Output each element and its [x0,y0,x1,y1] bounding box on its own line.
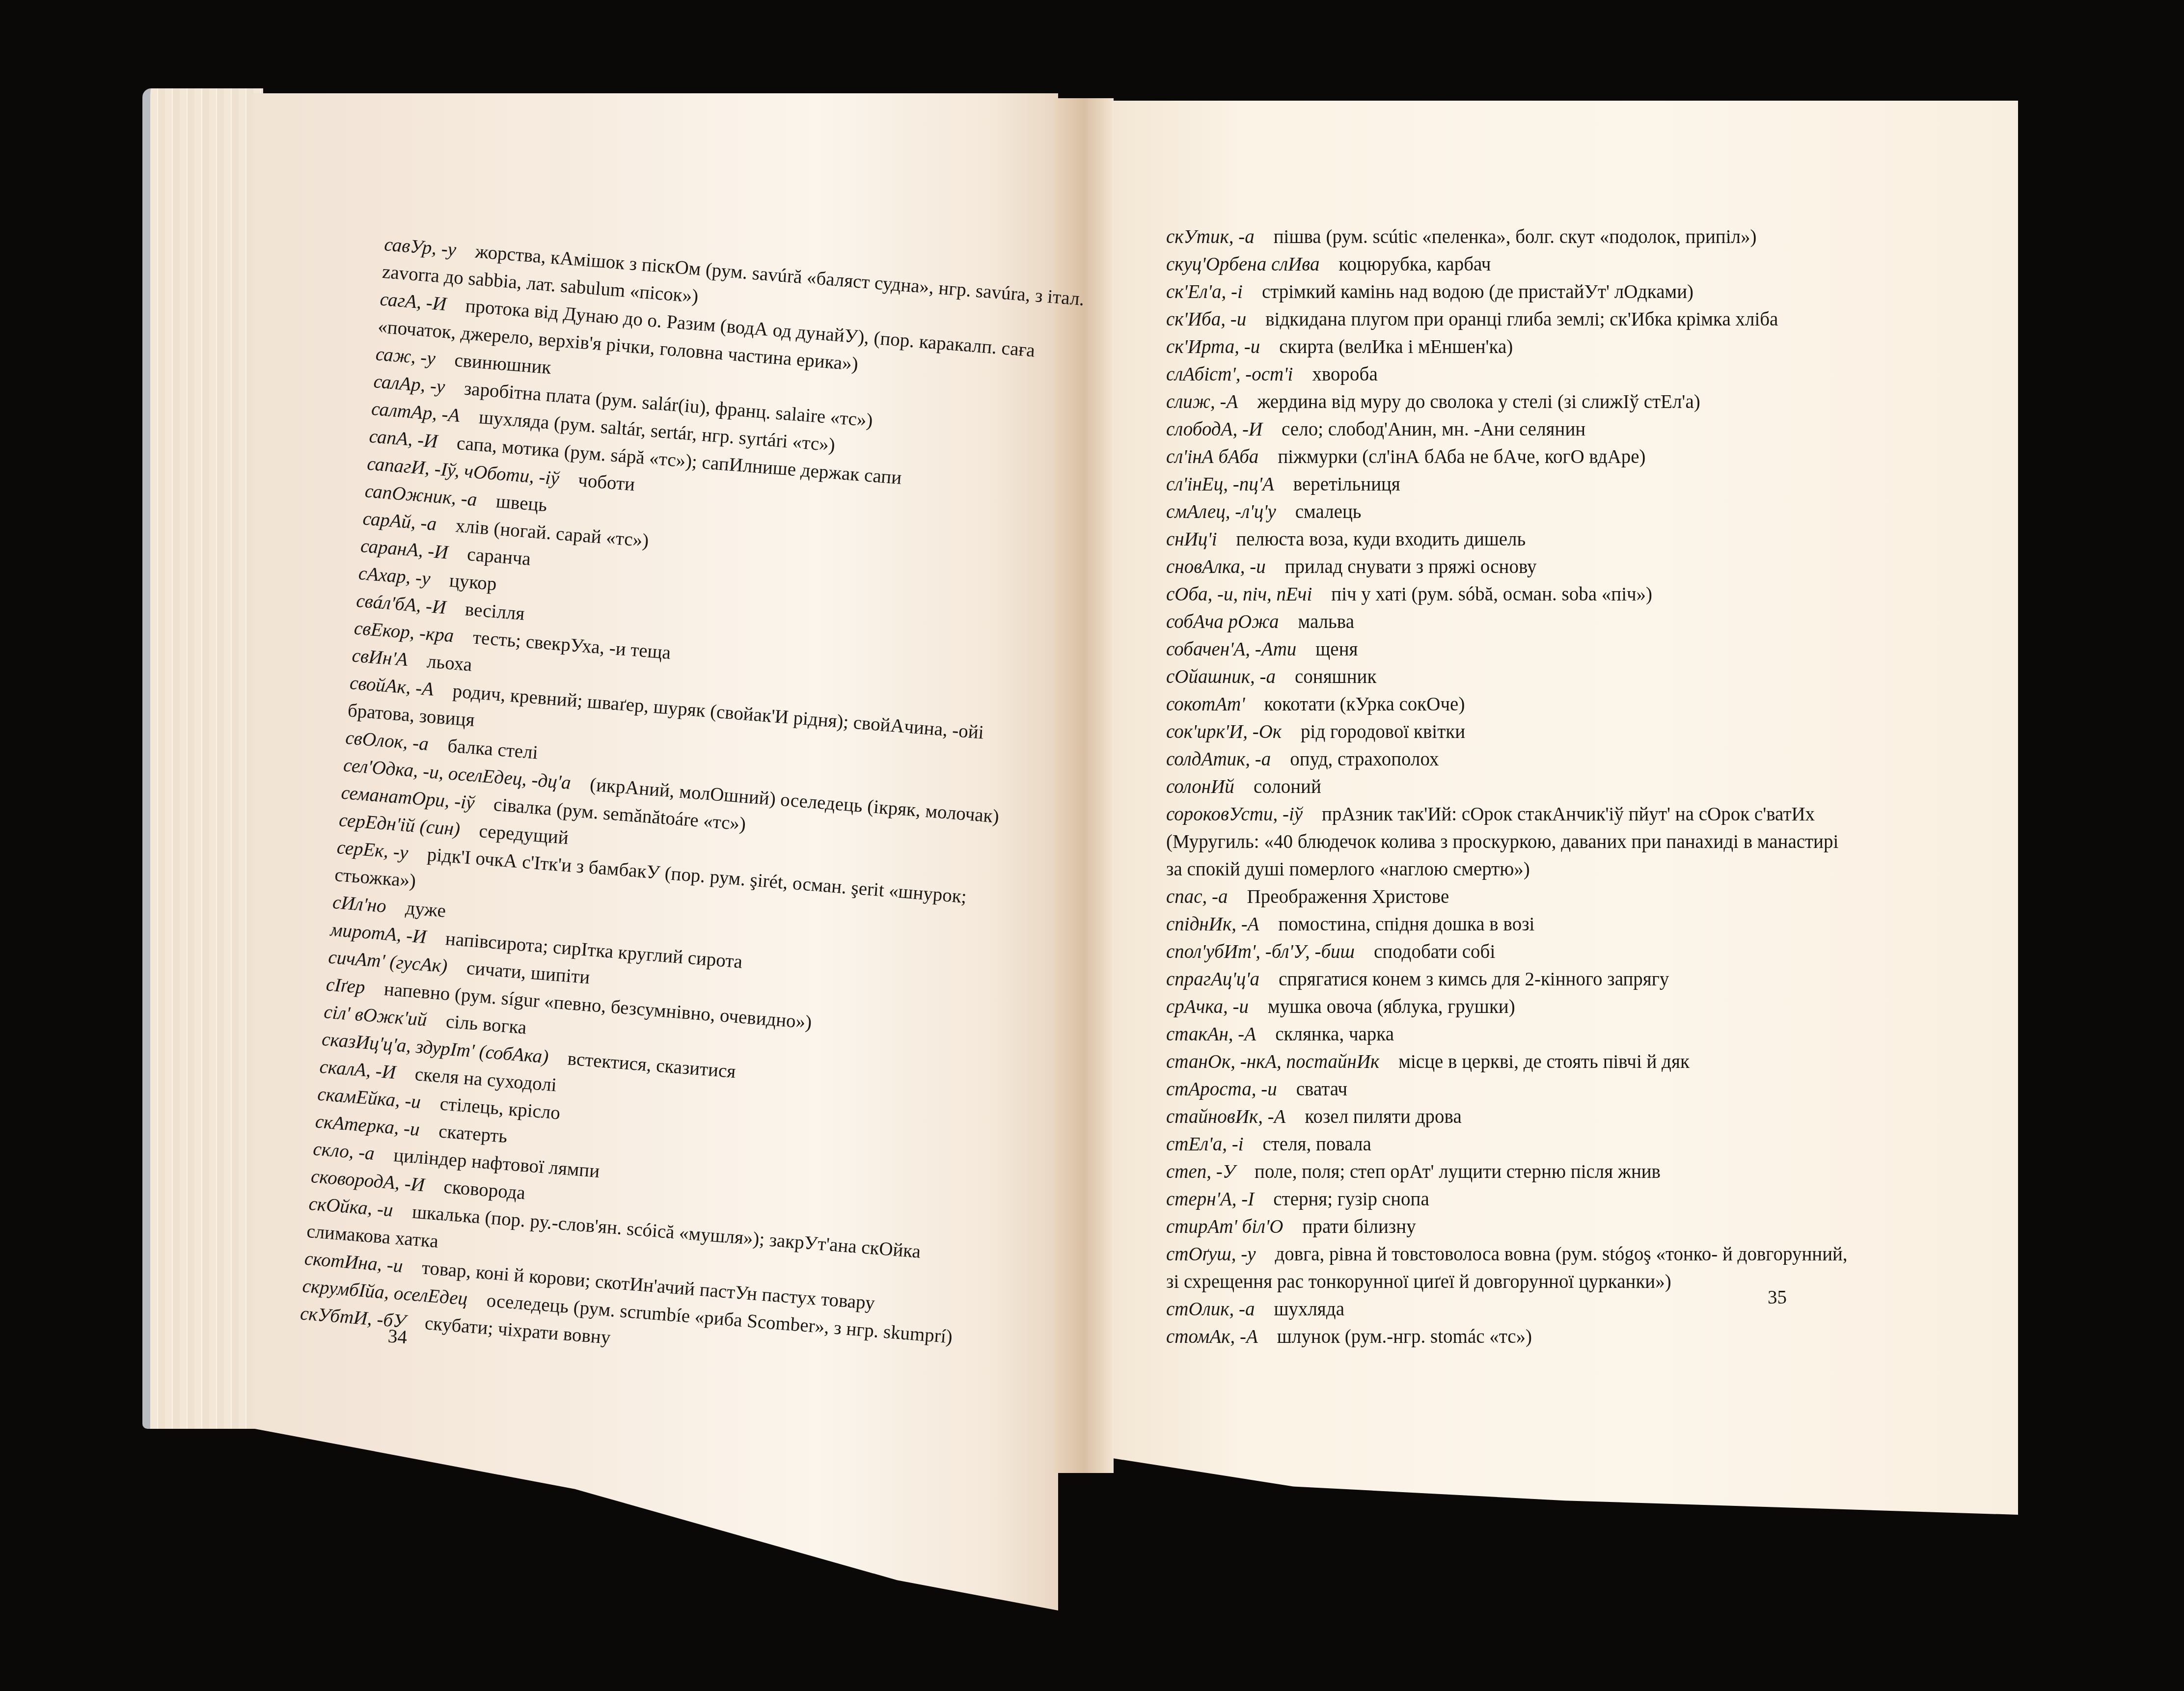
dictionary-entry: сл'інА бАба піжмурки (сл'інА бАба не бАч… [1166,443,1849,471]
entry-definition: соняшник [1295,666,1376,687]
dictionary-entry: сОба, -и, піч, пЕчі піч у хаті (рум. sób… [1166,581,1849,608]
entry-definition: село; слобод'Анин, мн. -Ани селянин [1282,419,1585,440]
page-stack-edge [142,88,263,1429]
entry-headword: солдАтик, -а [1166,749,1271,770]
entry-headword: ск'Иба, -и [1166,309,1246,330]
dictionary-entry: ск'Ирта, -и скирта (велИка і мЕншен'ка) [1166,333,1849,361]
entry-headword: салтАр, -А [371,398,461,426]
entry-definition: скирта (велИка і мЕншен'ка) [1279,336,1513,357]
entry-definition: шлунок (рум.-нгр. stomác «тс») [1277,1326,1532,1347]
entry-definition: стрімкий камінь над водою (де пристайУт'… [1262,281,1693,302]
entry-headword: скАтерка, -и [315,1111,421,1140]
entry-headword: сновАлка, -и [1166,556,1266,577]
entry-headword: собАча рОжа [1166,611,1279,632]
entry-definition: сподобати собі [1374,941,1495,962]
entry-definition: смалець [1295,501,1362,522]
entry-headword: срАчка, -и [1166,996,1249,1017]
entry-headword: собачен'А, -Ати [1166,639,1296,660]
entry-headword: савУр, -у [383,234,457,260]
entry-headword: снИц'і [1166,529,1217,550]
page-number-left: 34 [387,1325,408,1349]
dictionary-entry: спол'убИт', -бл'У, -биш сподобати собі [1166,938,1849,966]
dictionary-entry: слиж, -А жердина від муру до сволока у с… [1166,388,1849,416]
entry-headword: сороковУсти, -іў [1166,804,1303,825]
entry-definition: кокотати (кУрка сокОче) [1264,694,1465,715]
dictionary-entry: стОґуш, -у довга, рівна й товстоволоса в… [1166,1241,1849,1296]
entry-definition: помостина, спідня дошка в возі [1278,914,1534,935]
dictionary-entry: спас, -а Преображення Христове [1166,883,1849,911]
dictionary-entry: спіднИк, -А помостина, спідня дошка в во… [1166,911,1849,938]
entry-definition: пелюста воза, куди входить дишель [1236,529,1526,550]
entry-definition: сарaнча [466,544,532,570]
dictionary-entry: стирАт' біл'О прати білизну [1166,1213,1849,1241]
entry-headword: миротА, -И [329,919,427,948]
dictionary-entry: спрагАц'ц'а спрягатися конем з кимсь для… [1166,966,1849,993]
entry-headword: салАр, -у [373,371,446,397]
entry-definition: пішва (рум. scútic «пеленка», болг. скут… [1274,226,1757,247]
entry-headword: сок'ирк'И, -Ок [1166,721,1282,742]
entry-headword: стомАк, -А [1166,1326,1258,1347]
entry-headword: сАхар, -у [357,563,431,589]
entry-headword: слободА, -И [1166,419,1262,440]
entry-definition: піжмурки (сл'інА бАба не бАче, когО вдАр… [1278,446,1645,467]
entry-headword: свойАк, -А [349,672,435,700]
entry-definition: поле, поля; степ орАт' лущити стерню піс… [1255,1161,1661,1182]
entry-definition: хвороба [1312,364,1377,385]
dictionary-entry: смАлец, -л'ц'у смалець [1166,498,1849,526]
entry-headword: сІґер [326,974,366,998]
entry-definition: балка стелі [447,735,539,763]
entry-headword: сл'інА бАба [1166,446,1258,467]
entry-headword: стирАт' біл'О [1166,1216,1283,1237]
entry-headword: стерн'А, -І [1166,1189,1254,1210]
entry-headword: сОйашник, -а [1166,666,1276,687]
entry-headword: скУтик, -а [1166,226,1255,247]
entry-definition: козел пиляти дрова [1305,1106,1461,1127]
entry-headword: спас, -а [1166,886,1228,907]
entry-definition: коцюрубка, карбач [1339,254,1491,275]
entry-definition: сковорода [443,1176,526,1203]
entry-headword: стОлик, -а [1166,1299,1255,1320]
entry-headword: стайновИк, -А [1166,1106,1285,1127]
dictionary-entry: скуц'Орбена слИва коцюрубка, карбач [1166,251,1849,278]
page-number-right: 35 [1768,1286,1787,1309]
entry-headword: свОлок, -а [345,727,429,755]
entry-headword: сОба, -и, піч, пЕчі [1166,584,1312,605]
dictionary-entry: сОйашник, -а соняшник [1166,663,1849,691]
dictionary-entry: станОк, -нкА, постайнИк місце в церкві, … [1166,1048,1849,1076]
dictionary-entry: слАбіст', -ост'і хвороба [1166,361,1849,388]
dictionary-entry: стакАн, -А склянка, чарка [1166,1021,1849,1048]
entry-definition: прати білизну [1303,1216,1416,1237]
entry-definition: спрягатися конем з кимсь для 2-кінного з… [1279,969,1669,990]
entry-definition: довга, рівна й товстоволоса вовна (рум. … [1166,1244,1848,1292]
entry-headword: скОйка, -и [308,1193,394,1221]
entry-headword: смАлец, -л'ц'у [1166,501,1276,522]
entry-headword: ск'Ирта, -и [1166,336,1260,357]
dictionary-entry: стАроста, -и сватач [1166,1076,1849,1103]
entry-definition: сватач [1296,1079,1347,1100]
entry-definition: опуд, страхополох [1290,749,1439,770]
dictionary-entry: собАча рОжа мальва [1166,608,1849,636]
entry-headword: сИл'но [332,892,387,917]
entry-headword: стОґуш, -у [1166,1244,1256,1265]
entry-definition: веретільниця [1293,474,1400,495]
dictionary-entry: ск'Ел'а, -і стрімкий камінь над водою (д… [1166,278,1849,306]
entry-definition: свинюшник [454,350,552,378]
entry-headword: стЕл'а, -і [1166,1134,1243,1155]
entry-headword: спрагАц'ц'а [1166,969,1259,990]
entry-headword: стАроста, -и [1166,1079,1277,1100]
dictionary-entry: сл'інЕц, -пц'А веретільниця [1166,471,1849,498]
entry-definition: стеля, повала [1262,1134,1371,1155]
dictionary-entry: собачен'А, -Ати щеня [1166,636,1849,663]
right-page-text: скУтик, -а пішва (рум. scútic «пеленка»,… [1166,223,1849,1351]
entry-headword: сокотАт' [1166,694,1245,715]
entry-headword: свИн'А [351,645,409,670]
dictionary-entry: стерн'А, -І стерня; гузір снопа [1166,1186,1849,1213]
entry-definition: чоботи [577,469,636,495]
entry-headword: сіл' вОжк'ий [323,1001,428,1030]
entry-headword: сагА, -И [379,289,447,315]
dictionary-entry: сок'ирк'И, -Ок рід городової квітки [1166,718,1849,746]
entry-headword: слиж, -А [1166,391,1238,412]
dictionary-entry: солонИй солоний [1166,773,1849,801]
dictionary-entry: ск'Иба, -и відкидана плугом при оранці г… [1166,306,1849,333]
entry-definition: стерня; гузір снопа [1273,1189,1429,1210]
entry-headword: скуц'Орбена слИва [1166,254,1320,275]
dictionary-entry: скУтик, -а пішва (рум. scútic «пеленка»,… [1166,223,1849,251]
entry-headword: ск'Ел'а, -і [1166,281,1243,302]
entry-definition: прилад снувати з пряжі основу [1285,556,1537,577]
entry-headword: скло, -а [312,1138,375,1164]
entry-definition: весілля [464,599,525,624]
dictionary-entry: сороковУсти, -іў прАзник так'Ий: сОрок с… [1166,801,1849,883]
entry-definition: середущий [478,820,569,848]
entry-definition: рід городової квітки [1301,721,1465,742]
entry-headword: станОк, -нкА, постайнИк [1166,1051,1379,1072]
entry-headword: спол'убИт', -бл'У, -биш [1166,941,1355,962]
dictionary-entry: срАчка, -и мушка овоча (яблука, грушки) [1166,993,1849,1021]
dictionary-entry: слободА, -И село; слобод'Анин, мн. -Ани … [1166,416,1849,443]
dictionary-entry: степ, -У поле, поля; степ орАт' лущити с… [1166,1158,1849,1186]
entry-headword: саранА, -И [360,535,449,563]
entry-definition: місце в церкві, де стоять півчі й дяк [1398,1051,1690,1072]
entry-headword: сапА, -И [368,426,438,452]
entry-headword: спіднИк, -А [1166,914,1259,935]
entry-headword: сарАй, -а [362,508,437,535]
entry-headword: солонИй [1166,776,1234,797]
entry-definition: шухляда [1274,1299,1344,1320]
dictionary-entry: сокотАт' кокотати (кУрка сокОче) [1166,691,1849,718]
dictionary-entry: снИц'і пелюста воза, куди входить дишель [1166,526,1849,553]
entry-headword: саж, -у [375,343,437,369]
entry-headword: свáл'бА, -И [355,590,447,618]
entry-definition: Преображення Христове [1247,886,1449,907]
entry-headword: серЕк, -у [336,837,409,863]
entry-definition: щеня [1315,639,1358,660]
entry-definition: жердина від муру до сволока у стелі (зі … [1257,391,1700,412]
dictionary-entry: солдАтик, -а опуд, страхополох [1166,746,1849,773]
entry-headword: скалА, -И [319,1056,396,1083]
entry-headword: свЕкор, -кра [354,618,455,647]
entry-headword: сл'інЕц, -пц'А [1166,474,1274,495]
dictionary-entry: стайновИк, -А козел пиляти дрова [1166,1103,1849,1131]
entry-definition: мушка овоча (яблука, грушки) [1268,996,1515,1017]
entry-definition: сіль вогка [445,1011,527,1038]
entry-definition: швець [495,491,548,516]
entry-headword: скотИна, -и [304,1248,404,1277]
dictionary-entry: сновАлка, -и прилад снувати з пряжі осно… [1166,553,1849,581]
left-page-text: савУр, -у жорства, кАмішок з піскОм (рум… [299,231,1085,1382]
entry-headword: скамЕйка, -и [317,1084,422,1113]
entry-headword: степ, -У [1166,1161,1235,1182]
entry-definition: скатерть [438,1120,508,1147]
entry-definition: льоха [426,651,473,675]
dictionary-entry: стомАк, -А шлунок (рум.-нгр. stomác «тс»… [1166,1323,1849,1351]
entry-definition: цукор [449,570,497,594]
entry-definition: відкидана плугом при оранці глиба землі;… [1265,309,1778,330]
dictionary-entry: стОлик, -а шухляда [1166,1296,1849,1323]
entry-definition: піч у хаті (рум. sóbă, осман. soba «піч»… [1331,584,1652,605]
dictionary-entry: стЕл'а, -і стеля, повала [1166,1131,1849,1158]
entry-headword: слАбіст', -ост'і [1166,364,1293,385]
entry-headword: стакАн, -А [1166,1024,1256,1045]
entry-definition: склянка, чарка [1275,1024,1394,1045]
entry-definition: мальва [1298,611,1355,632]
entry-definition: солоний [1254,776,1321,797]
entry-definition: дуже [405,898,447,922]
